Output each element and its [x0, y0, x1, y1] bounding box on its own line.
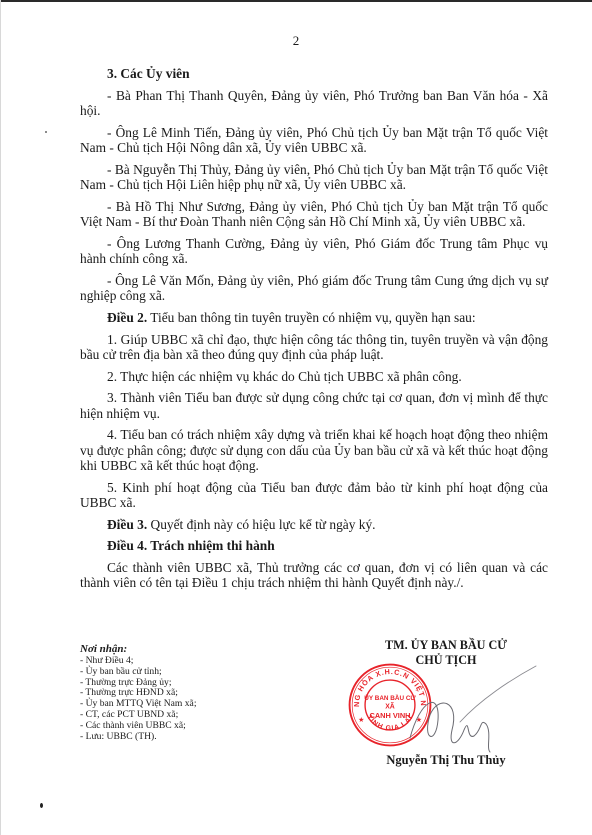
- recipients-list: - Như Điều 4;- Ủy ban bầu cử tỉnh;- Thườ…: [80, 656, 270, 742]
- recipients-block: Nơi nhận: - Như Điều 4;- Ủy ban bầu cử t…: [80, 643, 270, 742]
- scan-left-border: [0, 0, 1, 835]
- scan-top-border: [0, 0, 592, 2]
- section-heading: 3. Các Ủy viên: [80, 66, 548, 81]
- signature-org-line: TM. ỦY BAN BẦU CỬ: [340, 638, 552, 653]
- recipient-item: - Các thành viên UBBC xã;: [80, 721, 270, 732]
- handwritten-signature: [400, 660, 540, 755]
- body-paragraph: - Ông Lê Văn Mốn, Đảng ủy viên, Phó giám…: [80, 273, 548, 303]
- stamp-star-left-icon: ★: [358, 716, 364, 724]
- scan-speck: [40, 803, 43, 808]
- article-paragraph: Điều 2. Tiểu ban thông tin tuyên truyền …: [80, 310, 548, 325]
- body-paragraph: - Bà Hồ Thị Như Sương, Đảng ủy viên, Phó…: [80, 199, 548, 229]
- stamp-center-line-2: XÃ: [385, 701, 395, 710]
- recipient-item: - Ủy ban bầu cử tỉnh;: [80, 667, 270, 678]
- scan-speck: [45, 131, 47, 133]
- body-paragraph: Các thành viên UBBC xã, Thủ trưởng các c…: [80, 560, 548, 590]
- document-body: 3. Các Ủy viên- Bà Phan Thị Thanh Quyên,…: [80, 66, 548, 597]
- body-paragraph: 4. Tiểu ban có trách nhiệm xây dựng và t…: [80, 427, 548, 473]
- article-label: Điều 3.: [107, 517, 147, 532]
- body-paragraph: - Ông Lê Minh Tiến, Đảng ủy viên, Phó Ch…: [80, 125, 548, 155]
- body-paragraph: 5. Kinh phí hoạt động của Tiểu ban được …: [80, 480, 548, 510]
- body-paragraph: - Bà Nguyễn Thị Thủy, Đảng ủy viên, Phó …: [80, 162, 548, 192]
- section-heading: Điều 4. Trách nhiệm thi hành: [80, 538, 548, 553]
- signer-name: Nguyễn Thị Thu Thủy: [340, 753, 552, 768]
- body-paragraph: 2. Thực hiện các nhiệm vụ khác do Chủ tị…: [80, 369, 548, 384]
- body-paragraph: - Bà Phan Thị Thanh Quyên, Đảng ủy viên,…: [80, 88, 548, 118]
- article-label: Điều 2.: [107, 310, 147, 325]
- body-paragraph: - Ông Lương Thanh Cường, Đảng ủy viên, P…: [80, 236, 548, 266]
- recipient-item: - Lưu: UBBC (TH).: [80, 732, 270, 743]
- page-number: 2: [0, 33, 592, 49]
- article-paragraph: Điều 3. Quyết định này có hiệu lực kể từ…: [80, 517, 548, 532]
- body-paragraph: 3. Thành viên Tiểu ban được sử dụng công…: [80, 390, 548, 420]
- body-paragraph: 1. Giúp UBBC xã chỉ đạo, thực hiện công …: [80, 332, 548, 362]
